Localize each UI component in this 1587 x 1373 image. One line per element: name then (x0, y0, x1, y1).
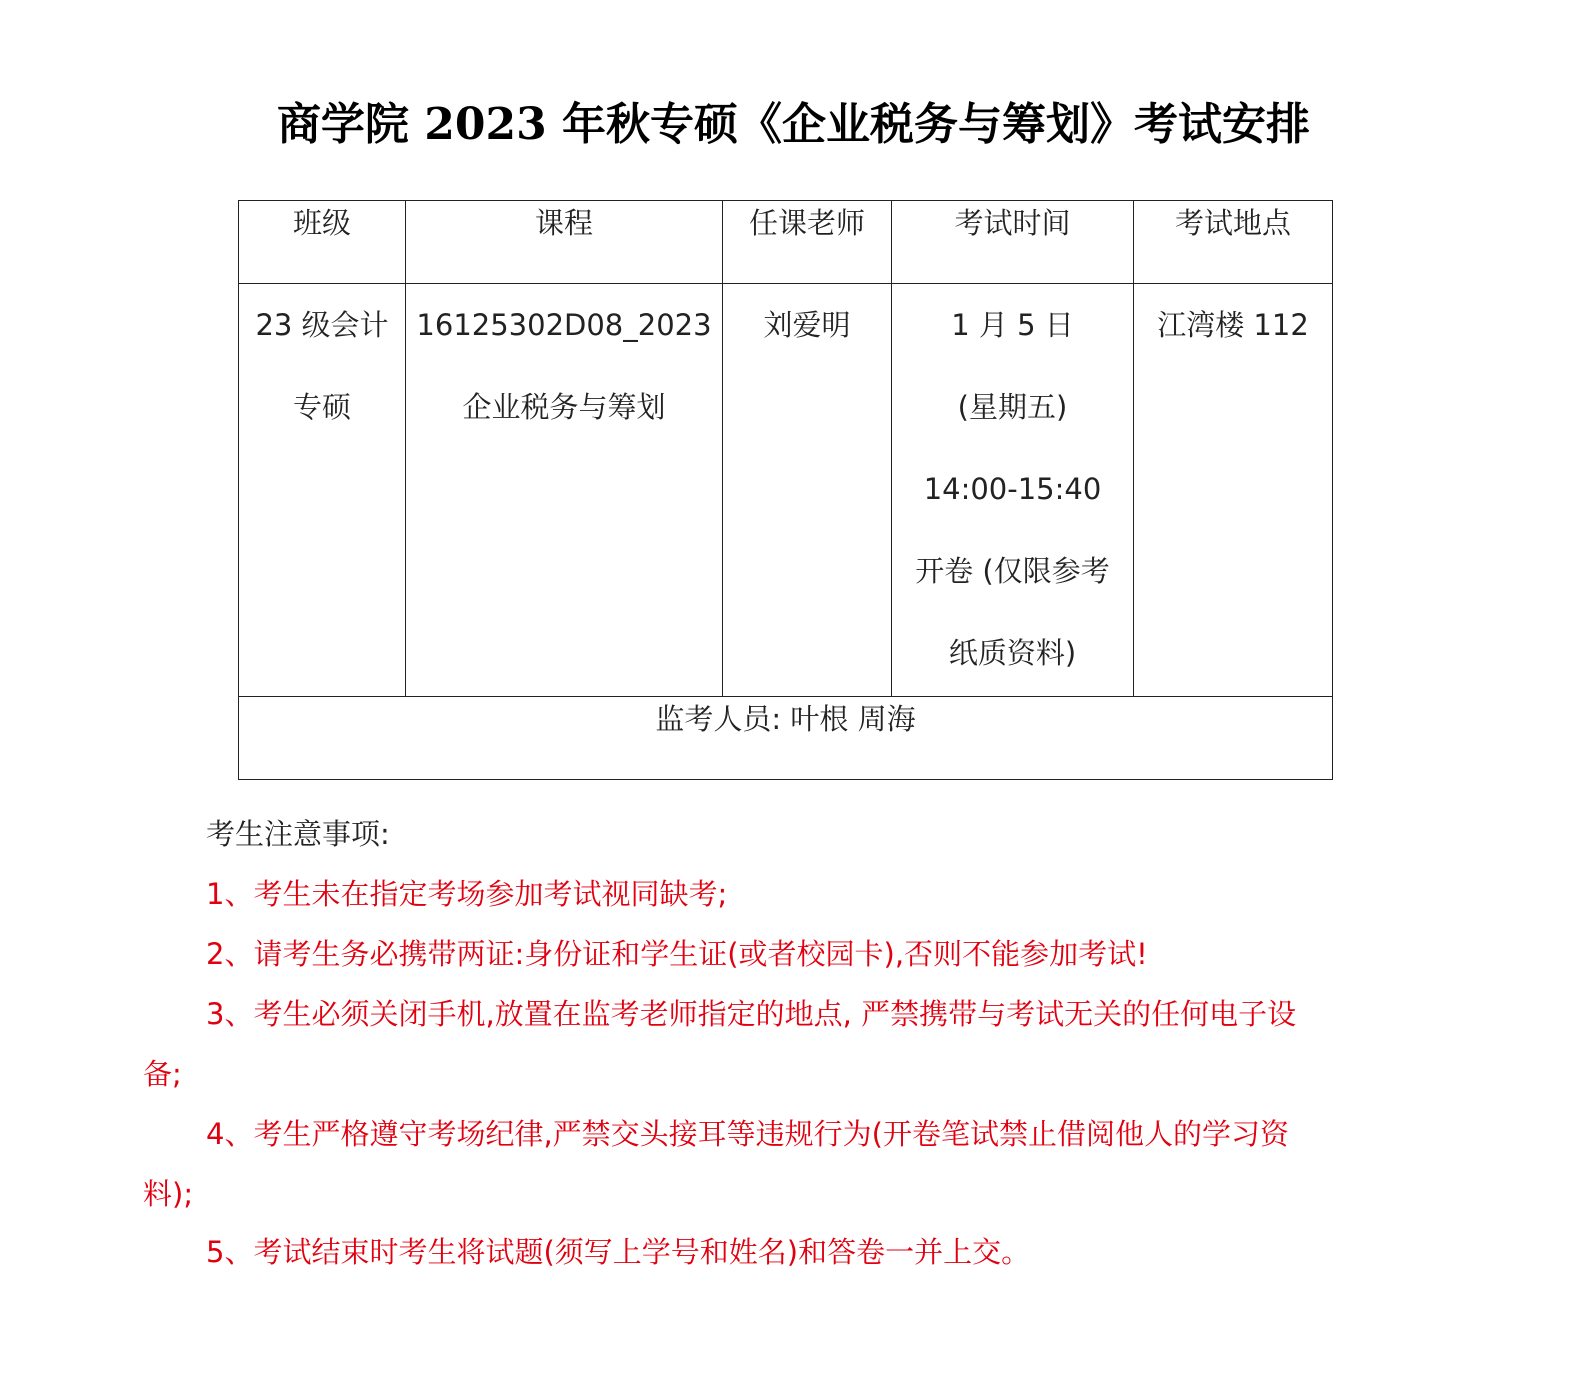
table-header-row: 班级 课程 任课老师 考试时间 考试地点 (239, 201, 1333, 284)
notes-heading: 考生注意事项: (206, 812, 390, 853)
proctors: 监考人员: 叶根 周海 (239, 697, 1333, 780)
table-row: 23 级会计 专硕 16125302D08_2023 企业税务与筹划 刘爱明 1… (239, 284, 1333, 697)
note-item-3-cont: 备; (143, 1052, 182, 1093)
exam-date: 1 月 5 日 (892, 284, 1133, 366)
exam-room: 江湾楼 112 (1134, 284, 1332, 366)
cell-course: 16125302D08_2023 企业税务与筹划 (406, 284, 723, 697)
note-item-3: 3、考生必须关闭手机,放置在监考老师指定的地点, 严禁携带与考试无关的任何电子设 (206, 992, 1296, 1033)
note-item-2: 2、请考生务必携带两证:身份证和学生证(或者校园卡),否则不能参加考试! (206, 932, 1148, 973)
proctor-row: 监考人员: 叶根 周海 (239, 697, 1333, 780)
course-code: 16125302D08_2023 (406, 284, 722, 366)
note-item-5: 5、考试结束时考生将试题(须写上学号和姓名)和答卷一并上交。 (206, 1230, 1030, 1271)
course-name: 企业税务与筹划 (406, 366, 722, 448)
header-teacher: 任课老师 (723, 201, 892, 284)
cell-teacher: 刘爱明 (723, 284, 892, 697)
exam-weekday: (星期五) (892, 366, 1133, 448)
teacher-name: 刘爱明 (723, 284, 891, 366)
cell-exam-time: 1 月 5 日 (星期五) 14:00-15:40 开卷 (仅限参考 纸质资料) (892, 284, 1134, 697)
exam-mode-cont: 纸质资料) (892, 612, 1133, 694)
header-course: 课程 (406, 201, 723, 284)
exam-hours: 14:00-15:40 (892, 448, 1133, 530)
note-item-4: 4、考生严格遵守考场纪律,严禁交头接耳等违规行为(开卷笔试禁止借阅他人的学习资 (206, 1112, 1289, 1153)
header-exam-location: 考试地点 (1134, 201, 1333, 284)
class-line: 专硕 (239, 366, 405, 448)
class-line: 23 级会计 (239, 284, 405, 366)
cell-exam-location: 江湾楼 112 (1134, 284, 1333, 697)
exam-mode: 开卷 (仅限参考 (892, 530, 1133, 612)
page-title: 商学院 2023 年秋专硕《企业税务与筹划》考试安排 (0, 88, 1587, 152)
header-class: 班级 (239, 201, 406, 284)
note-item-4-cont: 料); (143, 1172, 193, 1213)
cell-class: 23 级会计 专硕 (239, 284, 406, 697)
header-exam-time: 考试时间 (892, 201, 1134, 284)
note-item-1: 1、考生未在指定考场参加考试视同缺考; (206, 872, 727, 913)
exam-schedule-table: 班级 课程 任课老师 考试时间 考试地点 23 级会计 专硕 16125302D… (238, 200, 1333, 780)
